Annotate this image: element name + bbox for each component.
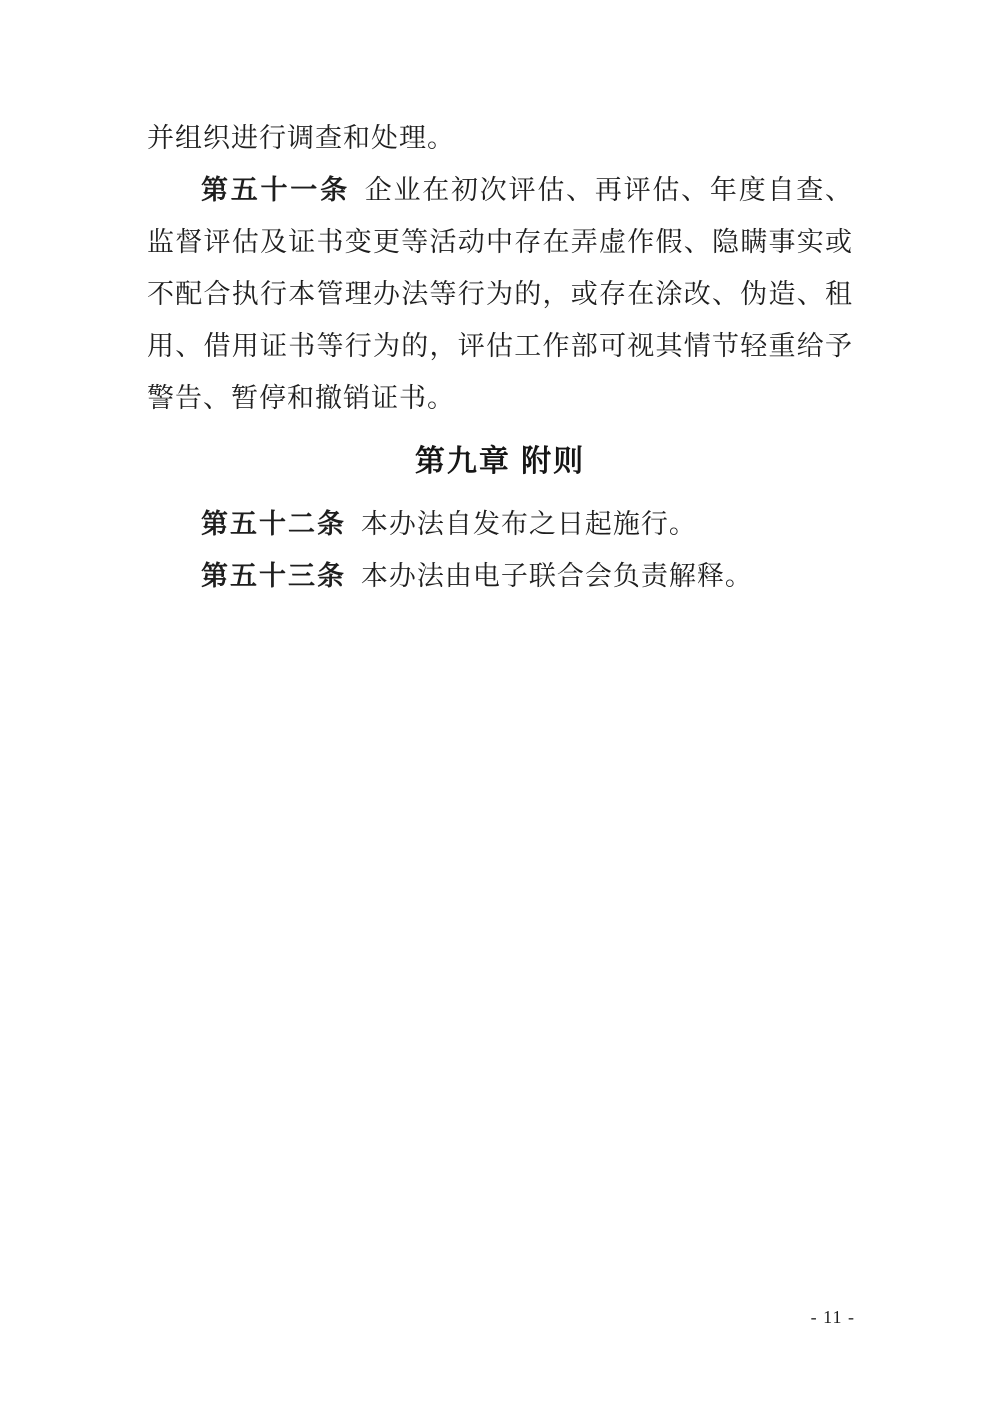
page-content: 并组织进行调查和处理。 第五十一条企业在初次评估、再评估、年度自查、监督评估及证… [147, 112, 853, 602]
article-52-term: 第五十二条 [201, 509, 346, 539]
article-53-paragraph: 第五十三条本办法由电子联合会负责解释。 [147, 550, 853, 602]
article-51-term: 第五十一条 [201, 175, 350, 205]
article-51-paragraph: 第五十一条企业在初次评估、再评估、年度自查、监督评估及证书变更等活动中存在弄虚作… [147, 164, 853, 424]
paragraph-continuation: 并组织进行调查和处理。 [147, 112, 853, 164]
article-53-text: 本办法由电子联合会负责解释。 [361, 561, 753, 591]
document-page: 并组织进行调查和处理。 第五十一条企业在初次评估、再评估、年度自查、监督评估及证… [0, 0, 1000, 1414]
article-53-term: 第五十三条 [201, 561, 346, 591]
article-52-paragraph: 第五十二条本办法自发布之日起施行。 [147, 498, 853, 550]
page-number: - 11 - [811, 1307, 855, 1328]
article-51-text: 企业在初次评估、再评估、年度自查、监督评估及证书变更等活动中存在弄虚作假、隐瞒事… [147, 175, 853, 413]
article-52-text: 本办法自发布之日起施行。 [361, 509, 697, 539]
chapter-heading: 第九章 附则 [147, 436, 853, 488]
